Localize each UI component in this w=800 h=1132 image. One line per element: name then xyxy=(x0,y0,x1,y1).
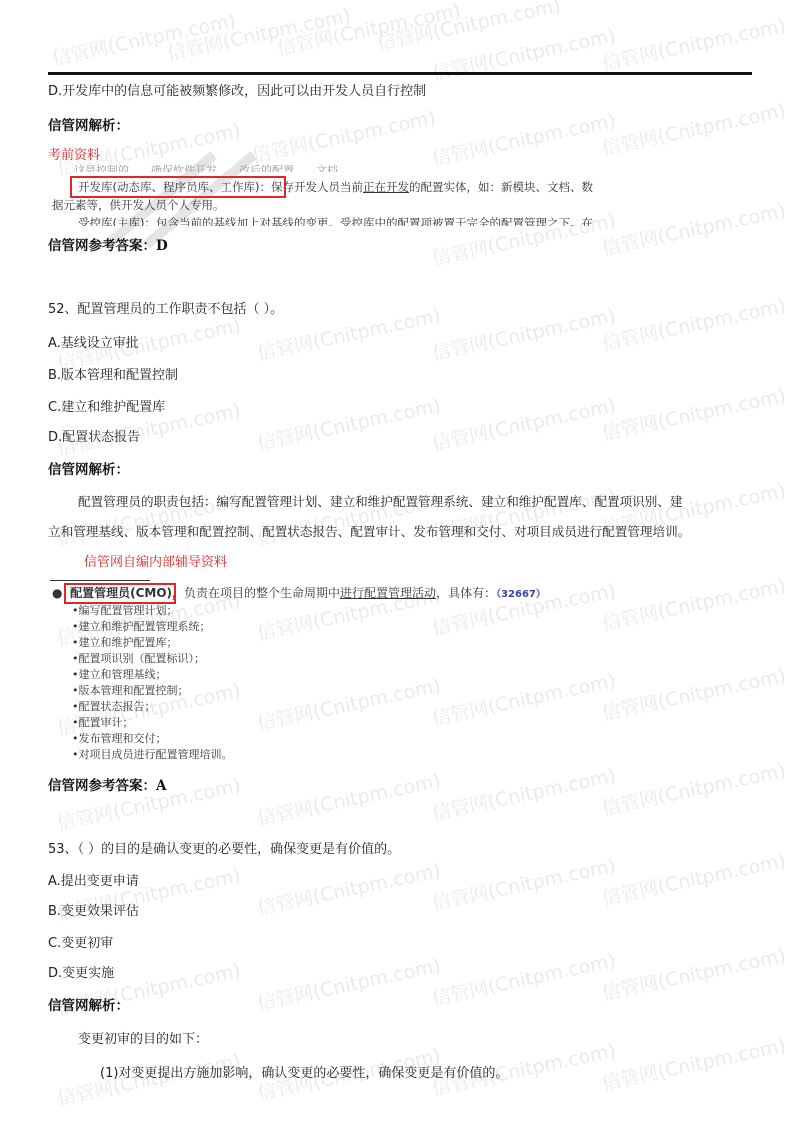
highlight-box xyxy=(70,176,286,198)
q51-option-d: D.开发库中的信息可能被频繁修改，因此可以由开发人员自行控制 xyxy=(48,84,426,100)
snippet-line-2: 据元素等，供开发人员个人专用。 xyxy=(52,198,225,212)
q52-question: 52、配置管理员的工作职责不包括（ ）。 xyxy=(48,302,283,318)
q53-option-d: D.变更实施 xyxy=(48,966,114,982)
q53-question: 53、（ ）的目的是确认变更的必要性，确保变更是有价值的。 xyxy=(48,842,400,858)
q51-source-label: 考前资料 xyxy=(48,148,100,164)
q53-analysis-line-1: 变更初审的目的如下： xyxy=(78,1032,208,1048)
snippet-item: •配置项识别（配置标识）； xyxy=(72,652,205,666)
q53-analysis-line-2: (1)对变更提出方施加影响，确认变更的必要性，确保变更是有价值的。 xyxy=(100,1066,508,1082)
snippet-rule xyxy=(50,580,150,581)
q53-option-b: B.变更效果评估 xyxy=(48,904,139,920)
header-rule xyxy=(48,72,752,75)
q53-option-c: C.变更初审 xyxy=(48,936,113,952)
snippet-item: •发布管理和交付； xyxy=(72,732,167,746)
q52-analysis-line-2: 立和管理基线、版本管理和配置控制、配置状态报告、配置审计、发布管理和交付、对项目… xyxy=(48,524,690,540)
reference-code: （32667） xyxy=(496,589,546,600)
q53-option-a: A.提出变更申请 xyxy=(48,874,139,890)
snippet-item: •配置审计； xyxy=(72,716,134,730)
snippet-line-3: 受控库(主库)：包含当前的基线加上对基线的变更。受控库中的配置项被置于完全的配置… xyxy=(78,216,593,226)
q52-option-a: A.基线设立审批 xyxy=(48,336,139,352)
snippet-item: •建立和维护配置库； xyxy=(72,636,178,650)
q52-option-d: D.配置状态报告 xyxy=(48,430,140,446)
q52-source-label: 信管网自编内部辅导资料 xyxy=(84,555,227,571)
document-page: D.开发库中的信息可能被频繁修改，因此可以由开发人员自行控制 信管网解析： 考前… xyxy=(0,0,800,1132)
q52-option-c: C.建立和维护配置库 xyxy=(48,400,165,416)
snippet-item: •建立和管理基线； xyxy=(72,668,167,682)
q52-option-b: B.版本管理和配置控制 xyxy=(48,368,178,384)
q53-analysis-label: 信管网解析： xyxy=(48,998,129,1014)
highlight-box xyxy=(64,583,176,604)
q52-analysis-label: 信管网解析： xyxy=(48,462,129,478)
snippet-item: •建立和维护配置管理系统； xyxy=(72,620,211,634)
snippet-item: •版本管理和配置控制； xyxy=(72,684,189,698)
q51-answer: 信管网参考答案：D xyxy=(48,238,168,254)
snippet-underlined-term: 正在开发 xyxy=(363,180,409,194)
q52-answer: 信管网参考答案：A xyxy=(48,778,166,794)
q52-analysis-line-1: 配置管理员的职责包括：编写配置管理计划、建立和维护配置管理系统、建立和维护配置库… xyxy=(78,494,683,510)
snippet-item: •配置状态报告； xyxy=(72,700,156,714)
q51-analysis-label: 信管网解析： xyxy=(48,118,129,134)
snippet-item: •编写配置管理计划； xyxy=(72,604,178,618)
snippet-item: •对项目成员进行配置管理培训。 xyxy=(72,748,233,762)
